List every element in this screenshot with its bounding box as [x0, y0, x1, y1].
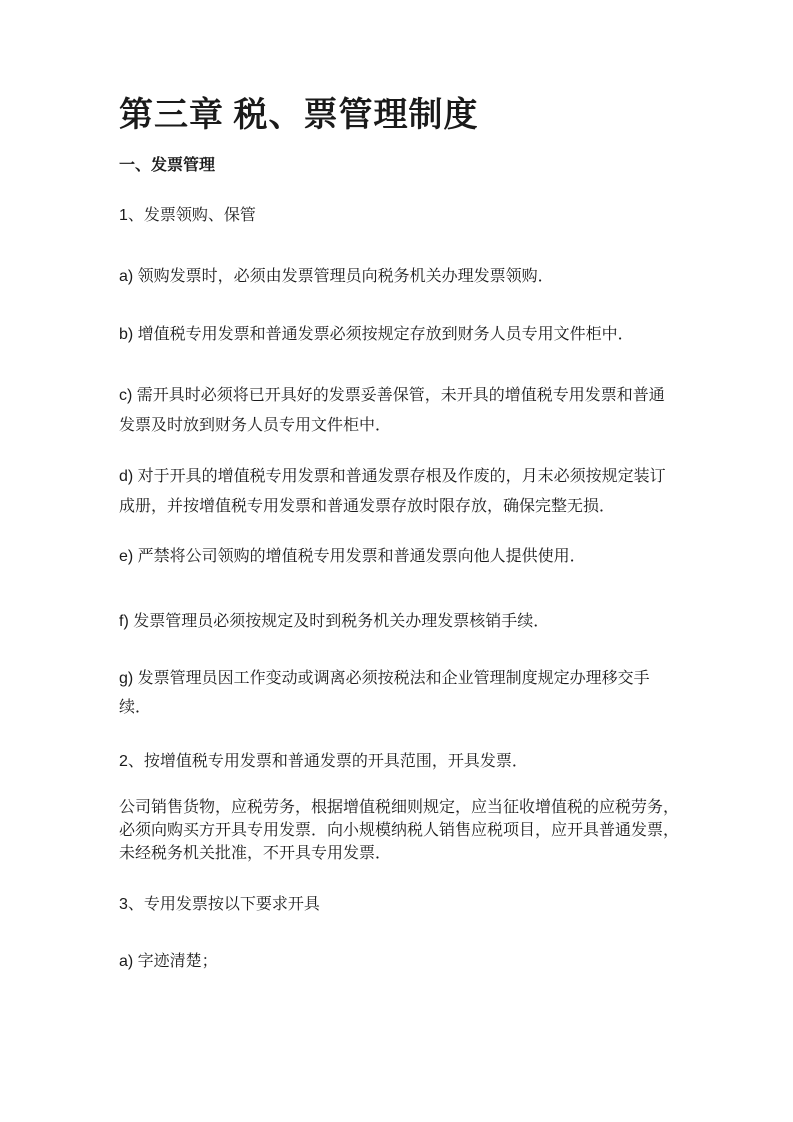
clause-1b: b) 增值税专用发票和普通发票必须按规定存放到财务人员专用文件柜中． [119, 320, 793, 350]
clause-1a: a) 领购发票时，必须由发票管理员向税务机关办理发票领购． [119, 262, 793, 292]
clause-3a: a) 字迹清楚； [119, 947, 793, 977]
item-1-heading: 1、发票领购、保管 [119, 204, 793, 228]
document-page: 第三章 税、票管理制度 一、发票管理 1、发票领购、保管 a) 领购发票时，必须… [0, 0, 793, 1122]
item-2-heading: 2、按增值税专用发票和普通发票的开具范围，开具发票． [119, 750, 793, 774]
clause-1g: g) 发票管理员因工作变动或调离必须按税法和企业管理制度规定办理移交手 续． [119, 664, 793, 722]
chapter-title: 第三章 税、票管理制度 [119, 91, 793, 141]
clause-1d: d) 对于开具的增值税专用发票和普通发票存根及作废的，月末必须按规定装订 成册，… [119, 462, 793, 522]
section-heading-invoice-management: 一、发票管理 [119, 155, 793, 177]
item-2-body: 公司销售货物，应税劳务，根据增值税细则规定，应当征收增值税的应税劳务， 必须向购… [119, 796, 793, 865]
clause-1f: f) 发票管理员必须按规定及时到税务机关办理发票核销手续． [119, 607, 793, 637]
clause-1e: e) 严禁将公司领购的增值税专用发票和普通发票向他人提供使用． [119, 542, 793, 572]
clause-1c: c) 需开具时必须将已开具好的发票妥善保管，未开具的增值税专用发票和普通 发票及… [119, 381, 793, 441]
item-3-heading: 3、专用发票按以下要求开具 [119, 893, 793, 917]
